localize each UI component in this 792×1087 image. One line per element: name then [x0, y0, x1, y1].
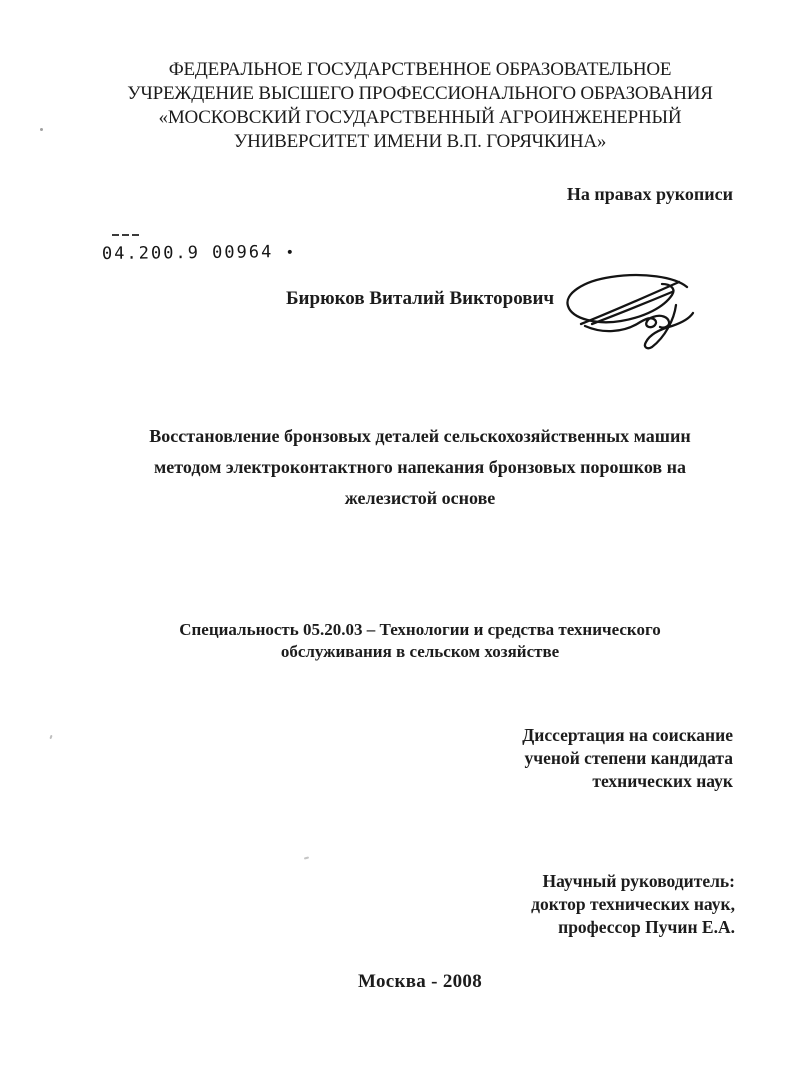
- institution-line: ФЕДЕРАЛЬНОЕ ГОСУДАРСТВЕННОЕ ОБРАЗОВАТЕЛЬ…: [48, 58, 792, 82]
- stamp-dot: •: [285, 245, 294, 261]
- stamp-pen-ticks: [112, 234, 142, 237]
- degree-statement: Диссертация на соискание ученой степени …: [522, 724, 733, 793]
- institution-line: УНИВЕРСИТЕТ ИМЕНИ В.П. ГОРЯЧКИНА»: [48, 130, 792, 154]
- dissertation-title: Восстановление бронзовых деталей сельско…: [48, 421, 792, 514]
- degree-line: технических наук: [522, 770, 733, 793]
- specialty-line: Специальность 05.20.03 – Технологии и ср…: [48, 619, 792, 641]
- title-line: методом электроконтактного напекания бро…: [48, 452, 792, 483]
- degree-line: ученой степени кандидата: [522, 747, 733, 770]
- stamp-digits: 04.200.9 00964: [102, 242, 273, 264]
- degree-line: Диссертация на соискание: [522, 724, 733, 747]
- institution-header: ФЕДЕРАЛЬНОЕ ГОСУДАРСТВЕННОЕ ОБРАЗОВАТЕЛЬ…: [48, 58, 792, 154]
- title-line: Восстановление бронзовых деталей сельско…: [48, 421, 792, 452]
- scan-speck: [304, 856, 309, 859]
- supervisor-line: Научный руководитель:: [531, 870, 735, 893]
- supervisor-block: Научный руководитель: доктор технических…: [531, 870, 735, 939]
- institution-line: «МОСКОВСКИЙ ГОСУДАРСТВЕННЫЙ АГРОИНЖЕНЕРН…: [48, 106, 792, 130]
- scan-speck: [40, 128, 43, 131]
- supervisor-line: профессор Пучин Е.А.: [531, 916, 735, 939]
- library-stamp-number: 04.200.9 00964 •: [102, 242, 294, 264]
- dissertation-title-page: ФЕДЕРАЛЬНОЕ ГОСУДАРСТВЕННОЕ ОБРАЗОВАТЕЛЬ…: [0, 0, 792, 1087]
- supervisor-line: доктор технических наук,: [531, 893, 735, 916]
- title-line: железистой основе: [48, 483, 792, 514]
- author-name: Бирюков Виталий Викторович: [286, 288, 554, 310]
- specialty-line: обслуживания в сельском хозяйстве: [48, 641, 792, 663]
- specialty-code: Специальность 05.20.03 – Технологии и ср…: [48, 619, 792, 663]
- scan-speck: [49, 735, 52, 739]
- manuscript-rights-note: На правах рукописи: [567, 184, 733, 205]
- institution-line: УЧРЕЖДЕНИЕ ВЫСШЕГО ПРОФЕССИОНАЛЬНОГО ОБР…: [48, 82, 792, 106]
- city-year-imprint: Москва - 2008: [48, 971, 792, 993]
- signature-icon: [551, 270, 701, 352]
